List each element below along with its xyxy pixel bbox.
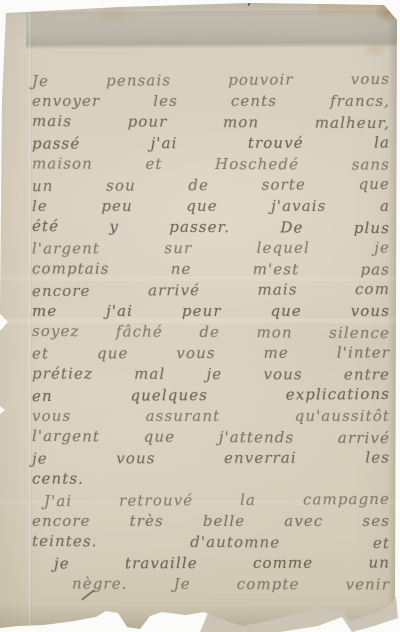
letter-scan: Je pensais pouvoir vousenvoyer les cents…	[0, 0, 400, 632]
paper-speck	[150, 1, 154, 5]
letter-page: Je pensais pouvoir vousenvoyer les cents…	[0, 0, 400, 632]
vignette	[0, 0, 400, 632]
